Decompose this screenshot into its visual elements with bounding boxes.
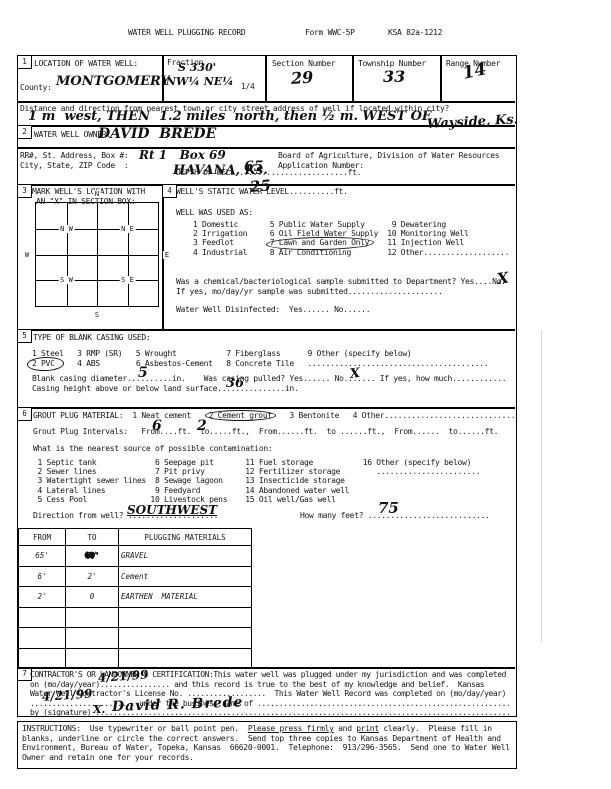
cell-from bbox=[19, 648, 66, 669]
cell-from: 6' bbox=[19, 566, 66, 587]
grout-material-pre: GROUT PLUG MATERIAL: 1 Neat cement bbox=[33, 411, 205, 420]
table-header-row: FROM TO PLUGGING MATERIALS bbox=[19, 529, 252, 546]
interval-to-value: 2 bbox=[197, 418, 207, 434]
instructions-seg1: INSTRUCTIONS: Use typewriter or ball poi… bbox=[22, 724, 248, 733]
form-number: Form WWC-5P bbox=[305, 28, 355, 37]
list-item: 1 Septic tank 6 Seepage pit 11 Fuel stor… bbox=[33, 458, 480, 467]
scan-artifact-line bbox=[541, 330, 542, 642]
cell-from bbox=[19, 607, 66, 628]
grout-material-post: 3 Bentonite 4 Other.....................… bbox=[276, 411, 515, 420]
circle-mark-cement-grout: 2 Cement grout bbox=[205, 410, 276, 421]
compass-n-label: N bbox=[93, 190, 101, 198]
quadrant-nw-label: N W bbox=[58, 225, 75, 233]
direction-value: SOUTHWEST bbox=[127, 503, 217, 517]
compass-w-label: W bbox=[23, 251, 31, 259]
column-header-materials: PLUGGING MATERIALS bbox=[119, 529, 252, 546]
sample-no-x-mark: X bbox=[496, 268, 510, 287]
cell-from: 2' bbox=[19, 587, 66, 608]
sample-question: Was a chemical/bacteriological sample su… bbox=[176, 277, 506, 286]
divider bbox=[440, 55, 442, 101]
owner-value: DAVID BREDE bbox=[98, 126, 216, 142]
disinfected-line: Water Well Disinfected: Yes...... No....… bbox=[176, 305, 370, 314]
cell-material bbox=[119, 607, 252, 628]
certification-line3: Water Well Contractor's License No. ....… bbox=[30, 689, 506, 698]
table-row: 2' 0 EARTHEN MATERIAL bbox=[19, 587, 252, 608]
address-value: Rt 1 Box 69 bbox=[139, 148, 226, 162]
quarter-suffix: 1/4 bbox=[241, 82, 255, 91]
cell-material: Cement bbox=[119, 566, 252, 587]
cell-from: 65' bbox=[19, 546, 66, 567]
table-row bbox=[19, 607, 252, 628]
cell-material: EARTHEN MATERIAL bbox=[119, 587, 252, 608]
county-value: MONTGOMERY bbox=[56, 74, 170, 89]
divider bbox=[17, 329, 515, 331]
quadrant-ne-label: N E bbox=[119, 225, 136, 233]
casing-height-line: Casing height above or below land surfac… bbox=[32, 384, 298, 393]
cell-to-scribbled: 60' bbox=[66, 546, 119, 567]
list-item: 4 Industrial 8 Air Conditioning 12 Other… bbox=[193, 248, 509, 257]
cell-to: 0 bbox=[66, 587, 119, 608]
city-label: City, State, ZIP Code : bbox=[20, 161, 128, 170]
divider bbox=[17, 147, 515, 149]
list-item: 2 Sewer lines 7 Pit privy 12 Fertilizer … bbox=[33, 467, 480, 476]
circle-mark-pvc bbox=[27, 356, 64, 371]
section-number-label: Section Number bbox=[272, 59, 335, 68]
address-label: RR#, St. Address, Box #: bbox=[20, 151, 128, 160]
interval-from-value: 6 bbox=[152, 418, 162, 434]
column-header-to: TO bbox=[66, 529, 119, 546]
used-as-label: WELL WAS USED AS: bbox=[176, 208, 253, 217]
form-title: WATER WELL PLUGGING RECORD bbox=[128, 28, 245, 37]
section1-number: 1 bbox=[17, 55, 32, 69]
section2-number: 2 bbox=[17, 125, 32, 139]
scanned-form-page: WATER WELL PLUGGING RECORD Form WWC-5P K… bbox=[0, 0, 611, 789]
table-row: 65' 60' GRAVEL bbox=[19, 546, 252, 567]
casing-pulled-no-x-mark: X bbox=[349, 366, 361, 382]
list-item: 3 Watertight sewer lines 8 Sewage lagoon… bbox=[33, 476, 480, 485]
cell-to: 2' bbox=[66, 566, 119, 587]
plugging-materials-table: FROM TO PLUGGING MATERIALS 65' 60' GRAVE… bbox=[18, 528, 252, 669]
compass-e-label: E bbox=[163, 251, 171, 259]
instructions-seg2: and bbox=[334, 724, 357, 733]
county-label: County: bbox=[20, 83, 52, 92]
section5-number: 5 bbox=[17, 329, 32, 343]
column-header-from: FROM bbox=[19, 529, 66, 546]
grid-line bbox=[36, 280, 158, 281]
table-row bbox=[19, 648, 252, 669]
list-item: 5 Cess Pool 10 Livestock pens 15 Oil wel… bbox=[33, 495, 480, 504]
casing-options-row2: 2 PVC 4 ABS 6 Asbestos-Cement 8 Concrete… bbox=[32, 359, 488, 368]
section3-number: 3 bbox=[17, 184, 32, 198]
fraction-value-bottom: NW¼ NE¼ bbox=[166, 75, 234, 88]
township-number-value: 33 bbox=[383, 67, 405, 86]
section3-label-line1: MARK WELL'S LOCATION WITH bbox=[32, 187, 145, 196]
section4-number: 4 bbox=[162, 184, 177, 198]
grid-line bbox=[36, 229, 158, 230]
cell-to bbox=[66, 607, 119, 628]
list-item: 4 Lateral lines 9 Feedyard 14 Abandoned … bbox=[33, 486, 480, 495]
section-location-grid: N S W E N W N E S W S E bbox=[35, 202, 159, 307]
divider bbox=[17, 101, 515, 103]
casing-options-row1: 1 Steel 3 RMP (SR) 5 Wrought 7 Fiberglas… bbox=[32, 349, 411, 358]
table-row: 6' 2' Cement bbox=[19, 566, 252, 587]
form-statute: KSA 82a-1212 bbox=[388, 28, 442, 37]
quadrant-se-label: S E bbox=[119, 276, 136, 284]
divider bbox=[265, 55, 267, 101]
cell-material bbox=[119, 628, 252, 649]
cell-material: GRAVEL bbox=[119, 546, 252, 567]
section5-title: TYPE OF BLANK CASING USED: bbox=[33, 333, 150, 342]
signature-x-mark: X. bbox=[93, 703, 105, 716]
board-label: Board of Agriculture, Division of Water … bbox=[278, 151, 499, 160]
static-value: 25 bbox=[249, 176, 271, 196]
section1-title: LOCATION OF WATER WELL: bbox=[34, 59, 138, 68]
divider bbox=[352, 55, 354, 101]
instructions-text: INSTRUCTIONS: Use typewriter or ball poi… bbox=[22, 724, 511, 762]
cell-to bbox=[66, 628, 119, 649]
sample-if-yes-line: If yes, mo/day/yr sample was submitted..… bbox=[176, 287, 442, 296]
fraction-value-top: S 330' bbox=[178, 61, 216, 74]
compass-s-label: S bbox=[93, 311, 101, 319]
distance-answer-line1: 1 m west, THEN 1.2 miles north, then ½ m… bbox=[28, 109, 431, 124]
contamination-sources-list: 1 Septic tank 6 Seepage pit 11 Fuel stor… bbox=[33, 458, 480, 504]
instructions-underline1: Please press firmly bbox=[248, 724, 334, 733]
section6-number: 6 bbox=[17, 407, 32, 421]
quadrant-sw-label: S W bbox=[58, 276, 75, 284]
contamination-question: What is the nearest source of possible c… bbox=[33, 444, 272, 453]
casing-diameter-line: Blank casing diameter..........in. Was c… bbox=[32, 374, 506, 383]
grout-intervals-line: Grout Plug Intervals: From....ft. to....… bbox=[33, 427, 498, 436]
feet-value: 75 bbox=[378, 499, 399, 517]
instructions-underline2: print bbox=[356, 724, 379, 733]
grout-plug-material-line: GROUT PLUG MATERIAL: 1 Neat cement 2 Cem… bbox=[33, 411, 515, 420]
casing-diameter-value: 5 bbox=[138, 365, 148, 381]
section-number-value: 29 bbox=[290, 67, 314, 88]
depth-value: 65 bbox=[244, 159, 263, 175]
table-row bbox=[19, 628, 252, 649]
divider bbox=[17, 407, 515, 409]
cell-to bbox=[66, 648, 119, 669]
list-item: 1 Domestic 5 Public Water Supply 9 Dewat… bbox=[193, 220, 509, 229]
cell-material bbox=[119, 648, 252, 669]
grid-line bbox=[36, 255, 158, 256]
cell-from bbox=[19, 628, 66, 649]
casing-height-value: 36 bbox=[226, 376, 244, 391]
